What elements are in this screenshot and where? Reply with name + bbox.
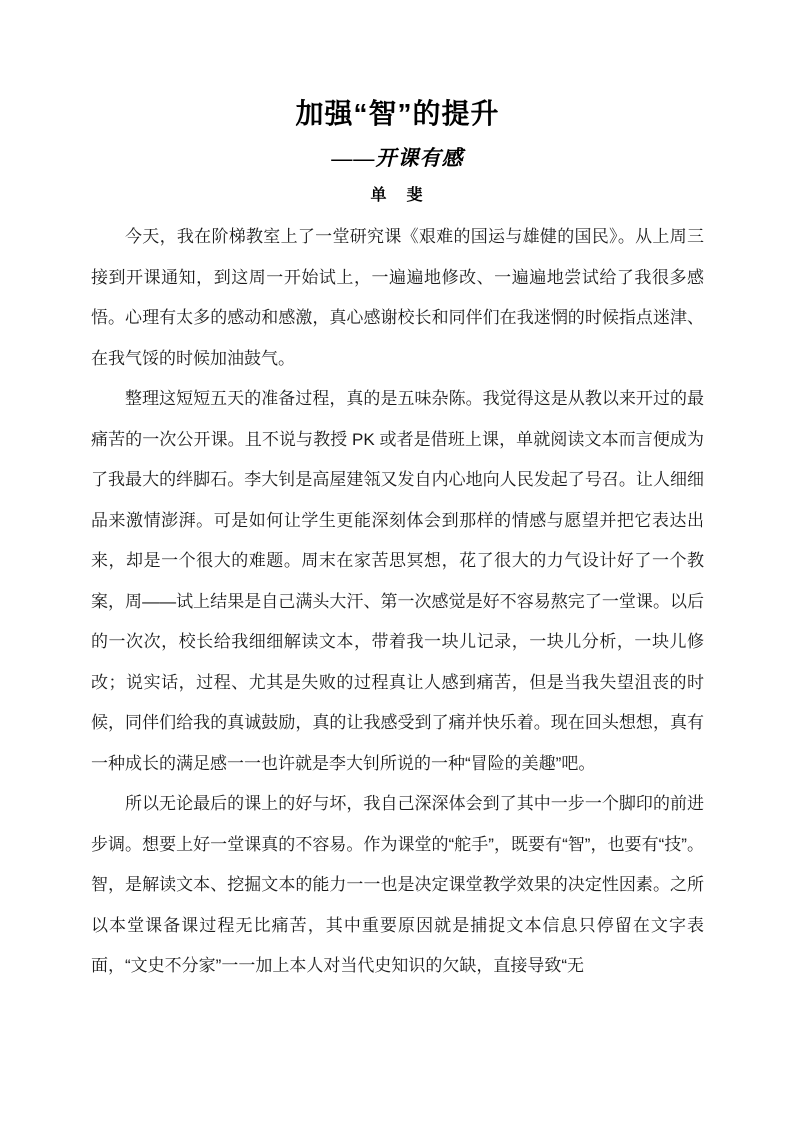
- paragraph-2: 整理这短短五天的准备过程，真的是五味杂陈。我觉得这是从教以来开过的最痛苦的一次公…: [91, 379, 704, 784]
- document-page: 加强“智”的提升 ——开课有感 单 斐 今天，我在阶梯教室上了一堂研究课《艰难的…: [0, 0, 794, 1123]
- author-name: 单 斐: [91, 186, 704, 206]
- paragraph-3: 所以无论最后的课上的好与坏，我自己深深体会到了其中一步一个脚印的前进步调。想要上…: [91, 784, 704, 987]
- document-body: 今天，我在阶梯教室上了一堂研究课《艰难的国运与雄健的国民》。从上周三接到开课通知…: [91, 217, 704, 987]
- document-subtitle: ——开课有感: [91, 145, 704, 171]
- paragraph-1: 今天，我在阶梯教室上了一堂研究课《艰难的国运与雄健的国民》。从上周三接到开课通知…: [91, 217, 704, 379]
- document-title: 加强“智”的提升: [91, 97, 704, 131]
